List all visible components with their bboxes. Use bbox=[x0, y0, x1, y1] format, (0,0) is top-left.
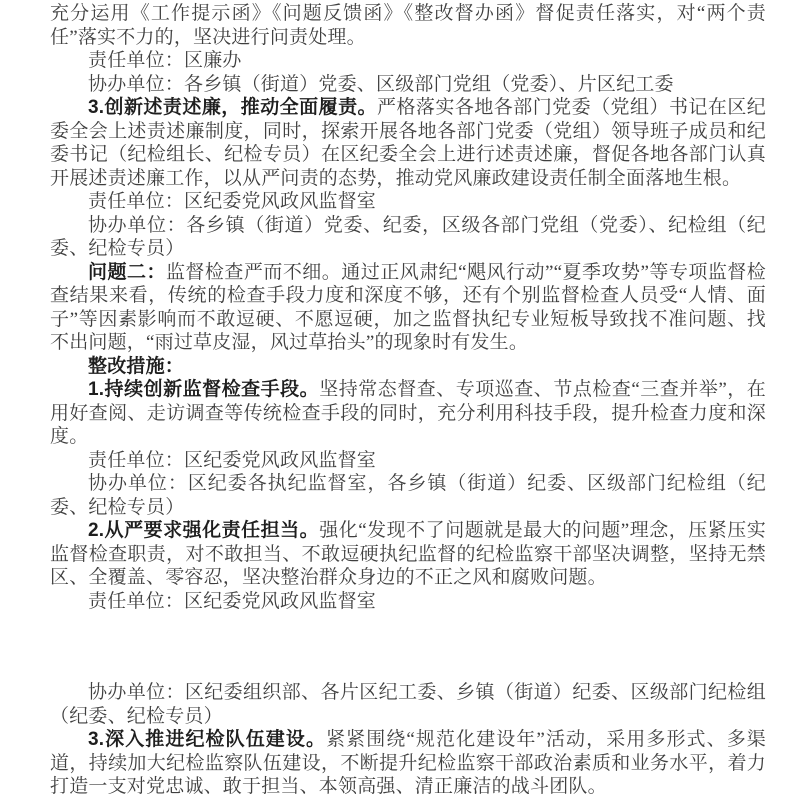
bold-lead-text: 3.创新述责述廉，推动全面履责。 bbox=[88, 97, 377, 118]
measure-2-paragraph: 2.从严要求强化责任担当。强化“发现不了问题就是最大的问题”理念，压紧压实监督检… bbox=[50, 519, 766, 590]
body-text: 协办单位：区纪委组织部、各片区纪工委、乡镇（街道）纪委、区级部门纪检组（纪委、纪… bbox=[50, 682, 766, 727]
bold-lead-text: 2.从严要求强化责任担当。 bbox=[88, 520, 319, 541]
bold-lead-text: 问题二： bbox=[88, 262, 166, 283]
body-text: 协办单位：区纪委各执纪监督室，各乡镇（街道）纪委、区级部门纪检组（纪委、纪检专员… bbox=[50, 473, 766, 518]
bold-lead-text: 1.持续创新监督检查手段。 bbox=[88, 379, 319, 400]
assisting-unit-line: 协办单位：各乡镇（街道）党委、区级部门党组（党委）、片区纪工委 bbox=[50, 73, 766, 97]
responsible-unit-line: 责任单位：区纪委党风政风监督室 bbox=[50, 449, 766, 473]
body-text: 协办单位：各乡镇（街道）党委、区级部门党组（党委）、片区纪工委 bbox=[88, 74, 674, 95]
responsible-unit-line: 责任单位：区纪委党风政风监督室 bbox=[50, 590, 766, 614]
responsible-unit-line: 责任单位：区纪委党风政风监督室 bbox=[50, 190, 766, 214]
body-text: 责任单位：区纪委党风政风监督室 bbox=[88, 450, 376, 471]
bold-lead-text: 整改措施： bbox=[88, 356, 184, 377]
intro-continuation-paragraph: 充分运用《工作提示函》《问题反馈函》《整改督办函》督促责任落实，对“两个责任”落… bbox=[50, 2, 766, 49]
body-text: 责任单位：区纪委党风政风监督室 bbox=[88, 191, 376, 212]
body-text: 充分运用《工作提示函》《问题反馈函》《整改督办函》督促责任落实，对“两个责任”落… bbox=[50, 3, 766, 48]
body-text: 责任单位：区纪委党风政风监督室 bbox=[88, 591, 376, 612]
problem-2-paragraph: 问题二：监督检查严而不细。通过正风肃纪“飓风行动”“夏季攻势”等专项监督检查结果… bbox=[50, 261, 766, 355]
responsible-unit-line: 责任单位：区廉办 bbox=[50, 49, 766, 73]
measure-3-paragraph: 3.深入推进纪检队伍建设。紧紧围绕“规范化建设年”活动，采用多形式、多渠道，持续… bbox=[50, 728, 766, 799]
bold-lead-text: 3.深入推进纪检队伍建设。 bbox=[88, 729, 326, 750]
body-text: 责任单位：区廉办 bbox=[88, 50, 242, 71]
assisting-unit-line: 协办单位：区纪委组织部、各片区纪工委、乡镇（街道）纪委、区级部门纪检组（纪委、纪… bbox=[50, 681, 766, 728]
page-break-gap bbox=[50, 613, 766, 681]
body-text: 协办单位：各乡镇（街道）党委、纪委，区级各部门党组（党委）、纪检组（纪委、纪检专… bbox=[50, 215, 766, 260]
point-3-paragraph: 3.创新述责述廉，推动全面履责。严格落实各地各部门党委（党组）书记在区纪委全会上… bbox=[50, 96, 766, 190]
document-page: 充分运用《工作提示函》《问题反馈函》《整改督办函》督促责任落实，对“两个责任”落… bbox=[0, 0, 800, 800]
rectification-measures-heading: 整改措施： bbox=[50, 355, 766, 379]
assisting-unit-line: 协办单位：区纪委各执纪监督室，各乡镇（街道）纪委、区级部门纪检组（纪委、纪检专员… bbox=[50, 472, 766, 519]
assisting-unit-line: 协办单位：各乡镇（街道）党委、纪委，区级各部门党组（党委）、纪检组（纪委、纪检专… bbox=[50, 214, 766, 261]
measure-1-paragraph: 1.持续创新监督检查手段。坚持常态督查、专项巡查、节点检查“三查并举”，在用好查… bbox=[50, 378, 766, 449]
